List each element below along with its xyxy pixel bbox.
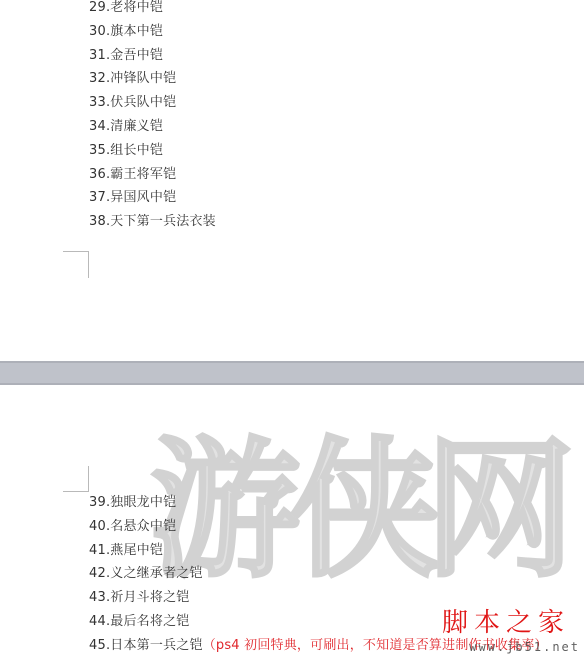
list-item: 43.祈月斗将之铠 xyxy=(89,586,548,610)
item-note: （ps4 初回特典，可刷出，不知道是否算进制作书收集率） xyxy=(203,638,548,653)
list-item: 44.最后名将之铠 xyxy=(89,610,548,634)
list-item: 40.名悬众中铠 xyxy=(89,515,548,539)
list-item: 35.组长中铠 xyxy=(89,139,216,163)
page-separator xyxy=(0,361,584,385)
armor-list-page-2: 39.独眼龙中铠 40.名悬众中铠 41.燕尾中铠 42.义之继承者之铠 43.… xyxy=(89,491,548,658)
document-page-2: 游 侠 网 39.独眼龙中铠 40.名悬众中铠 41.燕尾中铠 42.义之继承者… xyxy=(0,385,584,660)
list-item: 29.老将中铠 xyxy=(89,0,216,20)
list-item: 41.燕尾中铠 xyxy=(89,539,548,563)
list-item: 30.旗本中铠 xyxy=(89,20,216,44)
list-item: 37.异国风中铠 xyxy=(89,186,216,210)
list-item: 39.独眼龙中铠 xyxy=(89,491,548,515)
armor-list-page-1: 29.老将中铠 30.旗本中铠 31.金吾中铠 32.冲锋队中铠 33.伏兵队中… xyxy=(89,0,216,234)
list-item: 31.金吾中铠 xyxy=(89,44,216,68)
list-item: 36.霸王将军铠 xyxy=(89,163,216,187)
list-item: 45.日本第一兵之铠（ps4 初回特典，可刷出，不知道是否算进制作书收集率） xyxy=(89,634,548,658)
document-page-1: 29.老将中铠 30.旗本中铠 31.金吾中铠 32.冲锋队中铠 33.伏兵队中… xyxy=(0,0,584,361)
list-item: 38.天下第一兵法衣装 xyxy=(89,210,216,234)
list-item: 32.冲锋队中铠 xyxy=(89,67,216,91)
list-item: 42.义之继承者之铠 xyxy=(89,562,548,586)
list-item: 34.清廉义铠 xyxy=(89,115,216,139)
list-item: 33.伏兵队中铠 xyxy=(89,91,216,115)
